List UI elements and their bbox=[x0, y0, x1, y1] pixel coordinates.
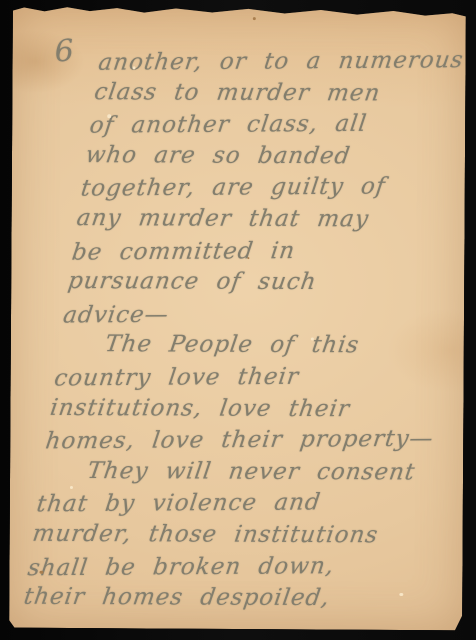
paper-speck bbox=[107, 114, 111, 118]
manuscript-line: advice— bbox=[61, 300, 425, 334]
manuscript-line: be committed in bbox=[70, 237, 434, 271]
manuscript-line: They will never consent bbox=[39, 458, 403, 491]
manuscript-line: institutions, love their bbox=[48, 394, 412, 427]
manuscript-line: together, are guilty of bbox=[78, 174, 442, 208]
manuscript-line: shall be broken down, bbox=[26, 552, 390, 586]
paper-speck bbox=[399, 593, 403, 596]
manuscript-text-block: another, or to a numerous class to murde… bbox=[21, 48, 460, 617]
manuscript-line: pursuance of such bbox=[65, 268, 429, 301]
manuscript-line: that by violence and bbox=[34, 489, 398, 523]
manuscript-line: The People of this bbox=[57, 331, 421, 364]
manuscript-line: who are so banded bbox=[83, 142, 447, 175]
paper-speck bbox=[39, 571, 43, 574]
manuscript-line: murder, those institutions bbox=[30, 521, 394, 554]
manuscript-line: homes, love their property— bbox=[43, 426, 407, 460]
paper-speck bbox=[70, 486, 73, 489]
manuscript-line: of another class, all bbox=[87, 110, 451, 144]
manuscript-line: their homes despoiled, bbox=[21, 584, 385, 617]
page-number: 6 bbox=[54, 33, 75, 69]
manuscript-line: any murder that may bbox=[74, 205, 438, 238]
scanned-manuscript-screenshot: 6 another, or to a numerous class to mur… bbox=[0, 0, 476, 640]
manuscript-line: class to murder men bbox=[92, 79, 456, 112]
manuscript-paper: 6 another, or to a numerous class to mur… bbox=[9, 6, 466, 631]
manuscript-line: another, or to a numerous bbox=[96, 47, 460, 81]
paper-speck bbox=[247, 257, 249, 259]
paper-speck bbox=[253, 17, 256, 20]
paper-speck bbox=[133, 66, 136, 69]
paper-speck bbox=[311, 337, 314, 340]
manuscript-line: country love their bbox=[52, 363, 416, 397]
